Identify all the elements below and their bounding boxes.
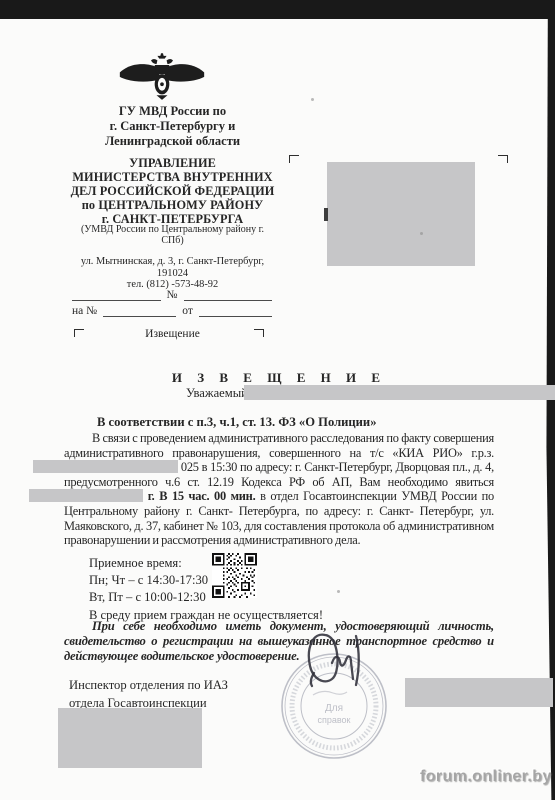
scan-artifact bbox=[420, 232, 423, 235]
letterhead-org-name: УПРАВЛЕНИЕ МИНИСТЕРСТВА ВНУТРЕННИХ ДЕЛ Р… bbox=[40, 157, 305, 227]
note-line: При себе необходимо иметь документ, удос… bbox=[64, 619, 494, 634]
letterhead-line: 191024 bbox=[40, 268, 305, 280]
stamp-text: справок bbox=[317, 715, 350, 725]
letterhead-line: Ленинградской области bbox=[40, 134, 305, 149]
scan-edge-top bbox=[0, 0, 555, 19]
watermark: forum.onliner.by bbox=[420, 768, 552, 786]
letterhead-line: ГУ МВД России по bbox=[40, 104, 305, 119]
letterhead-line: по ЦЕНТРАЛЬНОМУ РАЙОНУ bbox=[40, 199, 305, 213]
blank-field-line bbox=[199, 304, 272, 317]
corner-mark bbox=[254, 329, 264, 337]
corner-mark bbox=[74, 329, 84, 337]
notice-body: В связи с проведением административного … bbox=[64, 431, 494, 548]
body-line: г. В 15 час. 00 мин. в отдел Госавтоинсп… bbox=[64, 489, 494, 504]
signer-title-line: Инспектор отделения по ИАЗ bbox=[69, 677, 228, 695]
body-line: Маяковского, д. 37, кабинет № 103, для с… bbox=[64, 519, 494, 534]
mvd-emblem-icon bbox=[118, 52, 206, 100]
corner-mark bbox=[498, 155, 508, 163]
scan-artifact bbox=[324, 208, 328, 221]
doc-number-row: № bbox=[72, 288, 272, 301]
body-line: 025 в 15:30 по адресу: г. Санкт-Петербур… bbox=[64, 460, 494, 475]
letterhead-org-abbr: (УМВД России по Центральному району г. С… bbox=[40, 225, 305, 247]
ref-number-row: на № от bbox=[72, 304, 272, 317]
corner-mark bbox=[289, 155, 299, 163]
letterhead-parent-org: ГУ МВД России по г. Санкт-Петербургу и Л… bbox=[40, 104, 305, 149]
ref-from-label: от bbox=[182, 305, 193, 317]
letterhead-address: ул. Мытнинская, д. 3, г. Санкт-Петербург… bbox=[40, 256, 305, 291]
redaction-box bbox=[327, 162, 475, 266]
letterhead-line: УПРАВЛЕНИЕ bbox=[40, 157, 305, 171]
body-line: правонарушении и рассмотрения администра… bbox=[64, 533, 494, 548]
signature bbox=[294, 628, 376, 710]
letterhead-line: МИНИСТЕРСТВА ВНУТРЕННИХ bbox=[40, 171, 305, 185]
body-line: Центральному району г. Санкт- Петербурга… bbox=[64, 504, 494, 519]
blank-field-line bbox=[103, 304, 176, 317]
letterhead-line: г. Санкт-Петербургу и bbox=[40, 119, 305, 134]
scan-artifact bbox=[311, 98, 314, 101]
reception-hours-row: Пн; Чт – с 14:30-17:30 bbox=[89, 573, 208, 588]
body-text: 025 в 15:30 по адресу: г. Санкт-Петербур… bbox=[181, 460, 494, 474]
redaction-box bbox=[33, 460, 178, 473]
scanned-letter-page: ГУ МВД России по г. Санкт-Петербургу и Л… bbox=[0, 0, 555, 800]
blank-field-line bbox=[184, 288, 273, 301]
reception-label: Приемное время: bbox=[89, 556, 182, 571]
ref-no-label: на № bbox=[72, 305, 97, 317]
qr-code bbox=[203, 553, 266, 598]
scan-artifact bbox=[337, 590, 340, 593]
body-text: в отдел Госавтоинспекции УМВД России по bbox=[260, 489, 494, 503]
note-line: свидетельство о регистрации на вышеуказа… bbox=[64, 634, 494, 649]
body-line: В связи с проведением административного … bbox=[64, 431, 494, 446]
signer-block: Инспектор отделения по ИАЗ отдела Госавт… bbox=[69, 677, 228, 712]
letterhead-line: ДЕЛ РОССИЙСКОЙ ФЕДЕРАЦИИ bbox=[40, 185, 305, 199]
reception-hours-row: Вт, Пт – с 10:00-12:30 bbox=[89, 590, 206, 605]
redaction-box bbox=[244, 385, 555, 400]
blank-field-line bbox=[72, 288, 161, 301]
letterhead-line: СПб) bbox=[40, 236, 305, 247]
redaction-box bbox=[405, 678, 553, 707]
redaction-box bbox=[29, 489, 143, 502]
number-label: № bbox=[167, 289, 178, 301]
legal-basis-line: В соответствии с п.3, ч.1, ст. 13. ФЗ «О… bbox=[97, 415, 377, 430]
body-line: административного правонарушения, соверш… bbox=[64, 446, 494, 461]
letterhead-line: ул. Мытнинская, д. 3, г. Санкт-Петербург… bbox=[40, 256, 305, 268]
redaction-box bbox=[58, 708, 202, 768]
notice-title: И З В Е Щ Е Н И Е bbox=[64, 370, 494, 386]
body-text-bold: г. В 15 час. 00 мин. bbox=[148, 489, 256, 503]
body-line: предусмотренного ч.6 ст. 12.19 Кодекса Р… bbox=[64, 475, 494, 490]
doc-type-label: Извещение bbox=[110, 328, 235, 340]
